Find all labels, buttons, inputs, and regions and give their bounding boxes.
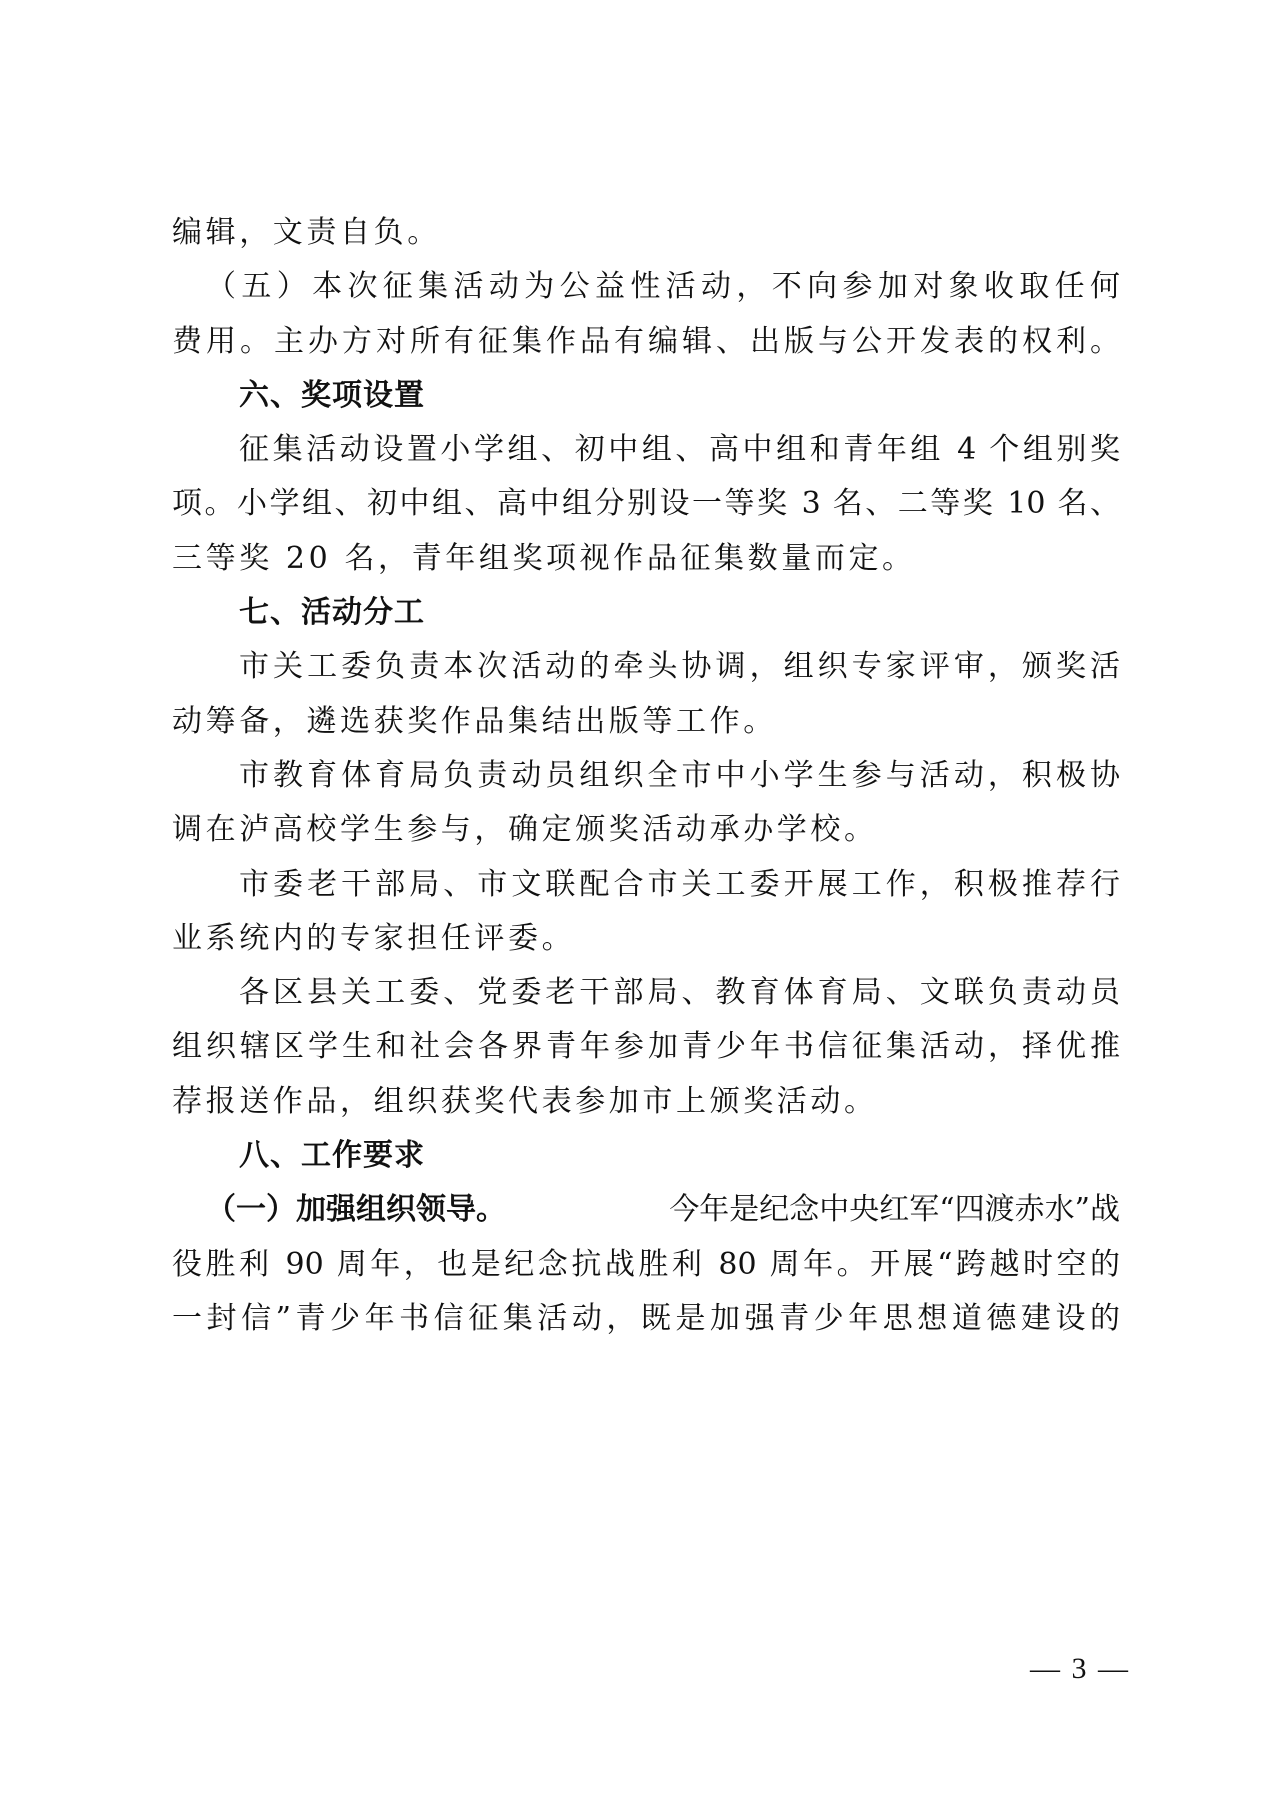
paragraph-line: （五）本次征集活动为公益性活动，不向参加对象收取任何 [172, 260, 1120, 314]
paragraph-line: 费用。主办方对所有征集作品有编辑、出版与公开发表的权利。 [172, 315, 1120, 369]
document-page: 编辑，文责自负。 （五）本次征集活动为公益性活动，不向参加对象收取任何 费用。主… [172, 206, 1120, 1346]
paragraph-line-rest: 今年是纪念中央红军“四渡赤水”战 [669, 1183, 1120, 1237]
paragraph-line: 调在泸高校学生参与，确定颁奖活动承办学校。 [172, 803, 1120, 857]
paragraph-line: 三等奖 20 名，青年组奖项视作品征集数量而定。 [172, 532, 1120, 586]
paragraph-line: 征集活动设置小学组、初中组、高中组和青年组 4 个组别奖 [172, 423, 1120, 477]
paragraph-line: 市委老干部局、市文联配合市关工委开展工作，积极推荐行 [172, 858, 1120, 912]
paragraph-line: 市教育体育局负责动员组织全市中小学生参与活动，积极协 [172, 749, 1120, 803]
paragraph-line: 动筹备，遴选获奖作品集结出版等工作。 [172, 695, 1120, 749]
paragraph-line: 役胜利 90 周年，也是纪念抗战胜利 80 周年。开展“跨越时空的 [172, 1238, 1120, 1292]
paragraph-line: 业系统内的专家担任评委。 [172, 912, 1120, 966]
section-heading: 六、奖项设置 [172, 369, 1120, 423]
page-number: — 3 — [1030, 1652, 1130, 1686]
paragraph-line: 编辑，文责自负。 [172, 206, 1120, 260]
paragraph-line: （一）加强组织领导。 今年是纪念中央红军“四渡赤水”战 [172, 1183, 1120, 1237]
paragraph-line: 各区县关工委、党委老干部局、教育体育局、文联负责动员 [172, 966, 1120, 1020]
section-heading: 七、活动分工 [172, 586, 1120, 640]
paragraph-line: 荐报送作品，组织获奖代表参加市上颁奖活动。 [172, 1075, 1120, 1129]
paragraph-line: 项。小学组、初中组、高中组分别设一等奖 3 名、二等奖 10 名、 [172, 477, 1120, 531]
paragraph-line: 一封信”青少年书信征集活动，既是加强青少年思想道德建设的 [172, 1292, 1120, 1346]
bold-lead-text: （一）加强组织领导。 [206, 1183, 506, 1237]
section-heading: 八、工作要求 [172, 1129, 1120, 1183]
paragraph-line: 市关工委负责本次活动的牵头协调，组织专家评审，颁奖活 [172, 640, 1120, 694]
paragraph-line: 组织辖区学生和社会各界青年参加青少年书信征集活动，择优推 [172, 1020, 1120, 1074]
